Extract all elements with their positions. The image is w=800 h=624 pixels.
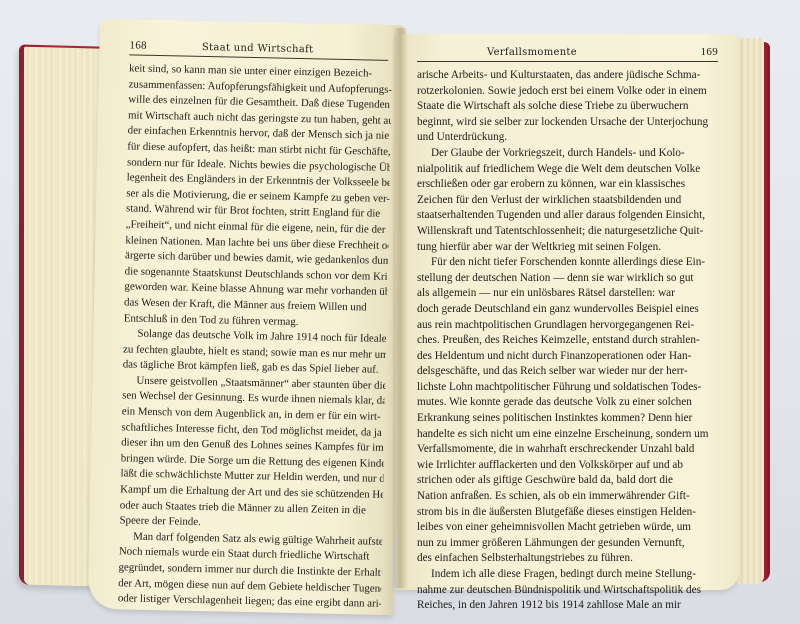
text-line: Willenskraft und Tatentschlossenheit; di…: [417, 224, 718, 240]
text-line: Nation anfraßen. Es schien, als ob ein i…: [417, 489, 718, 505]
text-line: Der Glaube der Vorkriegszeit, durch Hand…: [417, 146, 718, 162]
text-line: arische Arbeits- und Kulturstaaten, das …: [417, 68, 718, 84]
text-line: strom bis in die äußersten Blutgefäße di…: [417, 505, 718, 521]
text-line: mutes. Wie konnte gerade das deutsche Vo…: [417, 395, 718, 411]
right-page-number: 169: [701, 46, 718, 58]
right-running-title: Verfallsmomente: [487, 47, 577, 58]
text-line: beginnt, wird sie selber zur lockenden U…: [417, 115, 718, 131]
text-line: tung hierfür aber war der Weltkrieg mit …: [417, 240, 718, 256]
text-line: rotzerkolonien. Sowie jedoch erst bei ei…: [417, 84, 718, 100]
text-line: aus rein machtpolitischen Grundlagen her…: [417, 318, 718, 334]
text-line: staatserhaltenden Tugenden und aller dar…: [417, 208, 718, 224]
text-line: Zeichen für den Verlust der wirklichen s…: [417, 193, 718, 209]
left-page: 168 Staat und Wirtschaft keit sind, so k…: [88, 19, 405, 615]
text-line: Indem ich alle diese Fragen, bedingt dur…: [417, 567, 718, 583]
text-line: nun zu immer größeren Lähmungen der gesu…: [417, 536, 718, 552]
text-line: als allgemein — nur ein unlösbares Rätse…: [417, 286, 718, 302]
text-line: des Heldentum und nicht durch Finanzoper…: [417, 349, 718, 365]
left-running-title: Staat und Wirtschaft: [202, 42, 314, 55]
text-line: handelte es sich nicht um eine einzelne …: [417, 427, 718, 443]
left-page-body: keit sind, so kann man sie unter einer e…: [118, 61, 392, 612]
text-line: wie Irrlichter aufflackerten und den Vol…: [417, 458, 718, 474]
text-line: und Unterdrückung.: [417, 130, 718, 146]
right-page-body: arische Arbeits- und Kulturstaaten, das …: [417, 68, 718, 614]
text-line: Erkrankung seines politischen Instinktes…: [417, 411, 718, 427]
text-line: ches. Preußen, des Reiches Keimzelle, en…: [417, 333, 718, 349]
text-line: doch gerade Deutschland ein ganz wunderv…: [417, 302, 718, 318]
text-line: strichen oder als giftige Geschwüre bald…: [417, 473, 718, 489]
text-line: erschließen oder gar erobern zu können, …: [417, 177, 718, 193]
text-line: Staate die Wirtschaft als solche diese T…: [417, 99, 718, 115]
text-line: Reiches, in den Jahren 1912 bis 1914 zah…: [417, 598, 718, 614]
text-line: stellung der deutschen Nation — denn sie…: [417, 271, 718, 287]
text-line: des einfachen Selbsterhaltungstriebes zu…: [417, 551, 718, 567]
photo-scene: 168 Staat und Wirtschaft keit sind, so k…: [0, 0, 800, 624]
left-running-head: 168 Staat und Wirtschaft: [129, 39, 388, 60]
text-line: Für den nicht tiefer Forschenden konnte …: [417, 255, 718, 271]
text-line: Verfallsmomente, die in wahrhaft erschre…: [417, 442, 718, 458]
gutter-shadow: [392, 28, 408, 588]
left-page-number: 168: [129, 39, 147, 51]
text-line: delsgeschäfte, und das Reich selber war …: [417, 364, 718, 380]
text-line: nialpolitik auf friedlichem Wege die Wel…: [417, 162, 718, 178]
right-page: Verfallsmomente 169 arische Arbeits- und…: [395, 34, 740, 590]
text-line: leibes von einer geheimnisvollen Macht g…: [417, 520, 718, 536]
text-line: nahme zur deutschen Bündnispolitik und W…: [417, 583, 718, 599]
text-line: lichste Lohn machtpolitischer Führung un…: [417, 380, 718, 396]
right-running-head: Verfallsmomente 169: [417, 46, 718, 62]
